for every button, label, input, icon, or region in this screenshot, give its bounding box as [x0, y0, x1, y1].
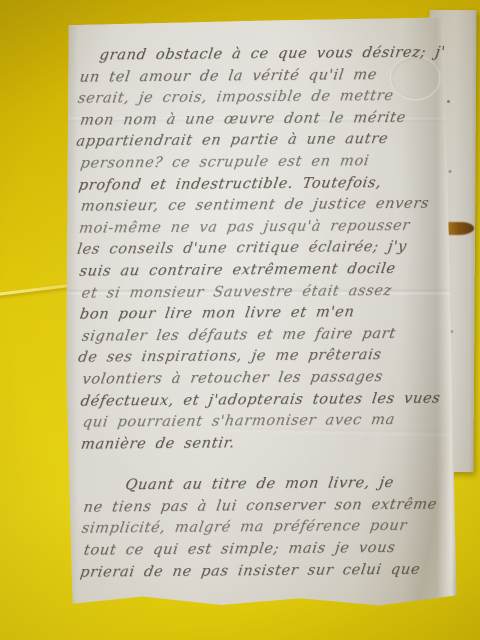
photo-vignette: [0, 0, 480, 640]
photo-frame: grand obstacle à ce que vous désirez; j'…: [0, 0, 480, 640]
